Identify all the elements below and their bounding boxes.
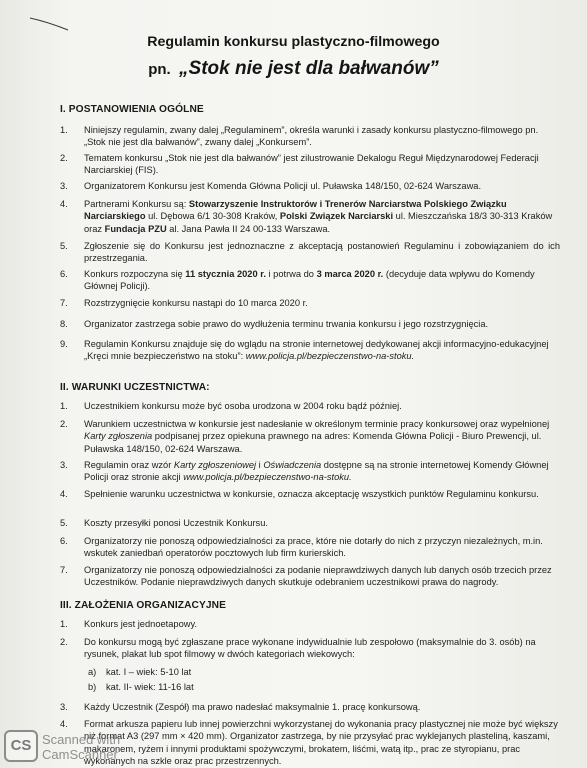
list-item: 3. Organizatorem Konkursu jest Komenda G… xyxy=(60,180,560,192)
category-item: a)kat. I – wiek: 5-10 lat xyxy=(88,667,191,677)
list-item: 3. Każdy Uczestnik (Zespół) ma prawo nad… xyxy=(60,701,560,713)
list-item: 2. Tematem konkursu „Stok nie jest dla b… xyxy=(60,152,560,177)
list-item: 1. Niniejszy regulamin, zwany dalej „Reg… xyxy=(60,124,560,149)
list-item: 5. Zgłoszenie się do Konkursu jest jedno… xyxy=(60,240,560,265)
list-item: 1. Uczestnikiem konkursu może być osoba … xyxy=(60,400,560,412)
list-item: 7. Organizatorzy nie ponoszą odpowiedzia… xyxy=(60,564,560,589)
scanned-page: Regulamin konkursu plastyczno-filmowego … xyxy=(0,0,587,768)
section-heading-general: I. POSTANOWIENIA OGÓLNE xyxy=(60,104,204,115)
watermark-text-line2: CamScanner xyxy=(42,748,118,762)
list-item: 9. Regulamin Konkursu znajduje się do wg… xyxy=(60,338,560,363)
section-heading-organization: III. ZAŁOŻENIA ORGANIZACYJNE xyxy=(60,600,226,611)
section-heading-participation: II. WARUNKI UCZESTNICTWA: xyxy=(60,382,210,393)
list-item: 4. Partnerami Konkursu są: Stowarzyszeni… xyxy=(60,198,560,235)
list-item: 6. Konkurs rozpoczyna się 11 stycznia 20… xyxy=(60,268,560,293)
document-title: Regulamin konkursu plastyczno-filmowego xyxy=(0,34,587,50)
list-item: 2. Warunkiem uczestnictwa w konkursie je… xyxy=(60,418,560,455)
contest-name: „Stok nie jest dla bałwanów” xyxy=(179,58,439,79)
category-item: b)kat. II- wiek: 11-16 lat xyxy=(88,682,194,692)
list-item: 8. Organizator zastrzega sobie prawo do … xyxy=(60,318,560,330)
document-subtitle: pn. „Stok nie jest dla bałwanów” xyxy=(0,58,587,80)
list-item: 2. Do konkursu mogą być zgłaszane prace … xyxy=(60,636,560,661)
pen-mark-decoration xyxy=(28,14,70,32)
list-item: 1. Konkurs jest jednoetapowy. xyxy=(60,618,560,630)
list-item: 4. Format arkusza papieru lub innej powi… xyxy=(60,718,560,768)
list-item: 3. Regulamin oraz wzór Karty zgłoszeniow… xyxy=(60,459,560,484)
list-item: 4. Spełnienie warunku uczestnictwa w kon… xyxy=(60,488,560,500)
list-item: 7. Rozstrzygnięcie konkursu nastąpi do 1… xyxy=(60,297,560,309)
list-item: 5. Koszty przesyłki ponosi Uczestnik Kon… xyxy=(60,517,560,529)
watermark-text-line1: Scanned with xyxy=(42,733,120,747)
camscanner-logo-icon: CS xyxy=(4,730,38,762)
title-prefix: pn. xyxy=(148,61,171,78)
list-item: 6. Organizatorzy nie ponoszą odpowiedzia… xyxy=(60,535,560,560)
